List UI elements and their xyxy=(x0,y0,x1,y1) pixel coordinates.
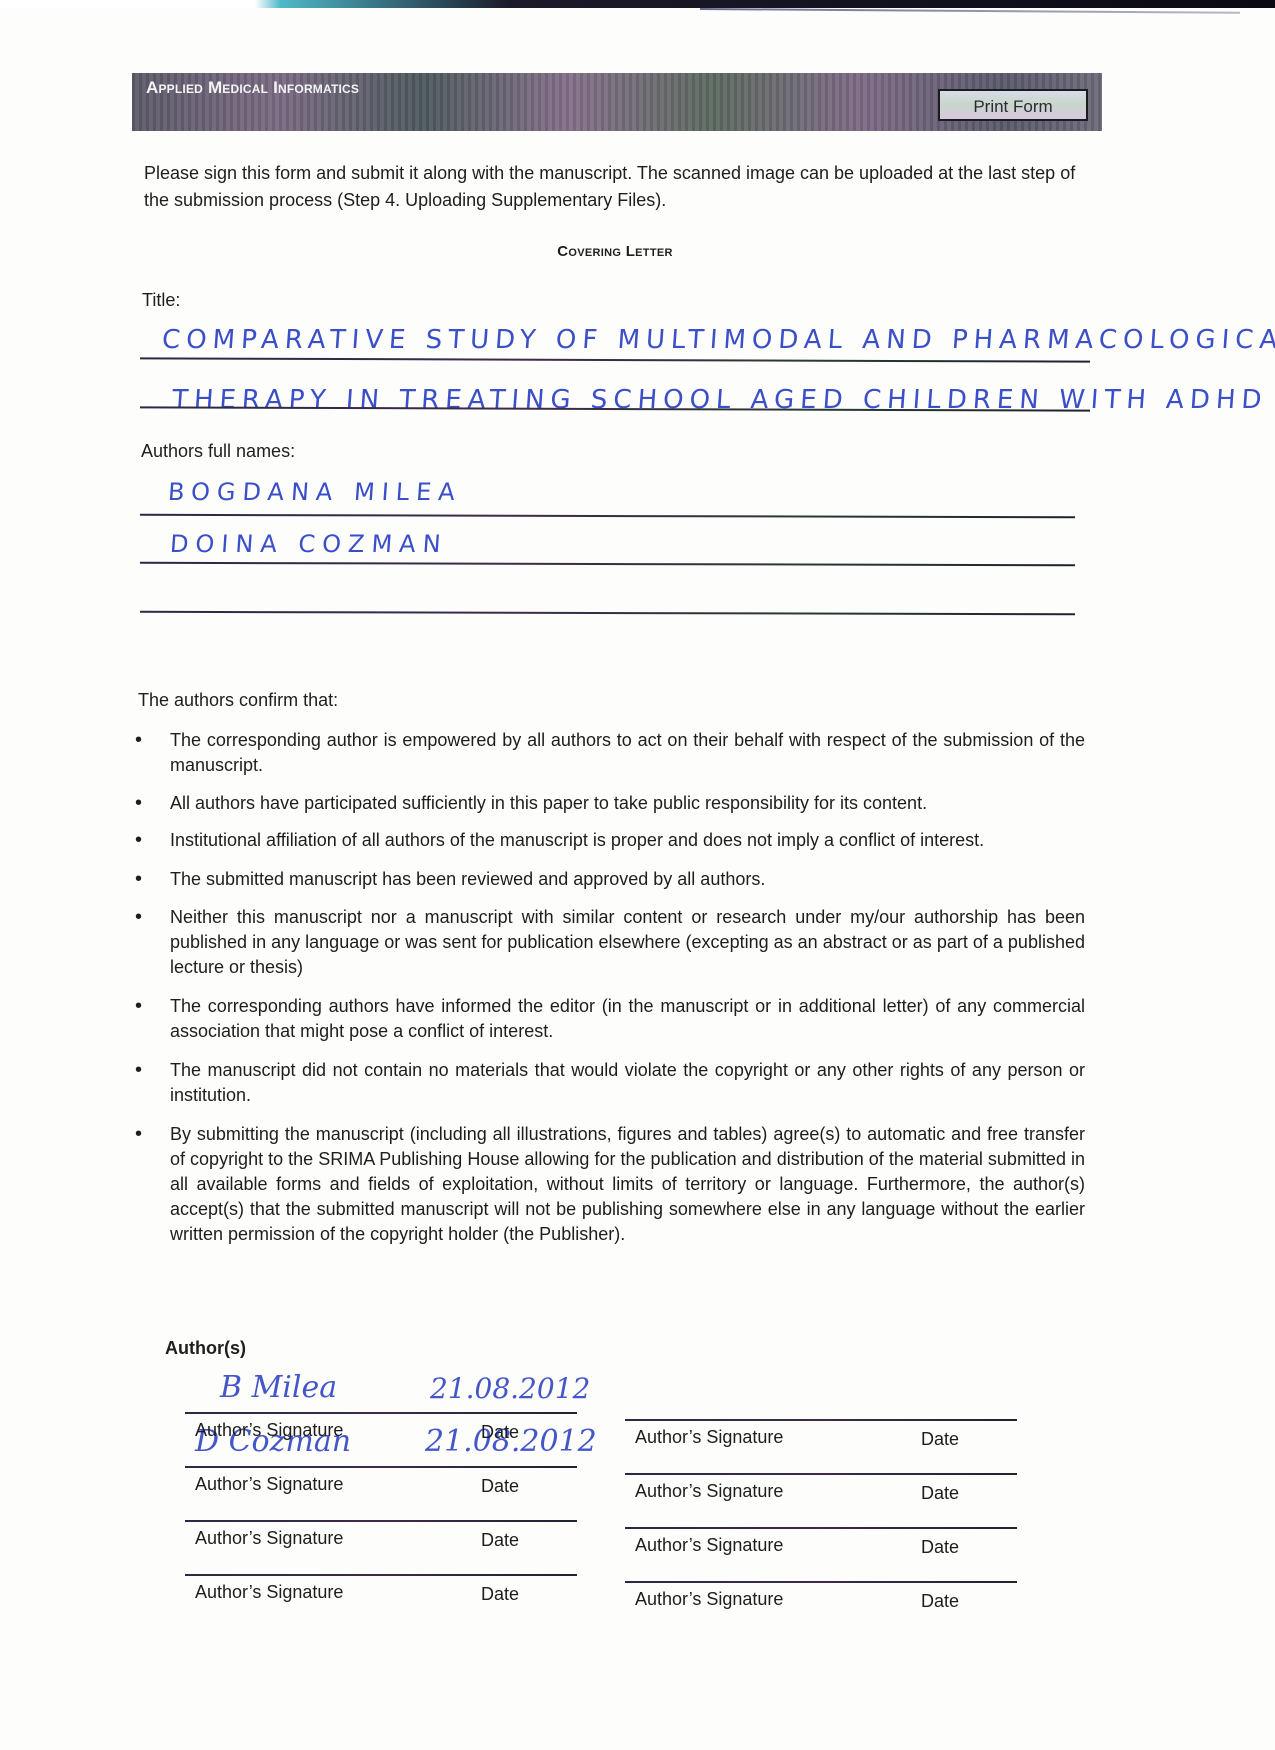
author-name-2[interactable]: DOINA COZMAN xyxy=(169,530,449,558)
authors-signature-header: Author(s) xyxy=(165,1338,246,1359)
instructions-text: Please sign this form and submit it alon… xyxy=(144,160,1084,214)
journal-header: Applied Medical Informatics Print Form xyxy=(132,73,1102,131)
signature-label: Author’s Signature xyxy=(635,1481,783,1502)
signature-row: Author’s Signature Date xyxy=(185,1574,577,1614)
signature-label: Author’s Signature xyxy=(635,1589,783,1610)
confirm-item: By submitting the manuscript (including … xyxy=(130,1122,1085,1247)
scan-edge-line xyxy=(700,8,1240,14)
confirm-list: The corresponding author is empowered by… xyxy=(130,728,1085,1247)
signature-line xyxy=(625,1527,1017,1529)
confirm-item: All authors have participated sufficient… xyxy=(130,791,1085,816)
signature-line xyxy=(625,1419,1017,1421)
author-underline-2 xyxy=(140,562,1075,566)
date-label: Date xyxy=(921,1591,959,1612)
signature-line xyxy=(185,1520,577,1522)
confirm-item: The corresponding authors have informed … xyxy=(130,994,1085,1044)
signature-row: Author’s Signature Date xyxy=(185,1466,577,1506)
signature-row: Author’s Signature Date xyxy=(185,1520,577,1560)
authors-label: Authors full names: xyxy=(141,441,295,462)
signature-row: Author’s Signature Date xyxy=(625,1527,1017,1567)
confirm-item: The manuscript did not contain no materi… xyxy=(130,1058,1085,1108)
author-underline-1 xyxy=(140,514,1075,518)
signature-label: Author’s Signature xyxy=(635,1427,783,1448)
signature-label: Author’s Signature xyxy=(195,1420,343,1441)
signature-line xyxy=(185,1574,577,1576)
author-name-1[interactable]: BOGDANA MILEA xyxy=(167,478,463,506)
signature-line xyxy=(185,1412,577,1414)
author-underline-3 xyxy=(140,611,1075,615)
confirm-item: Neither this manuscript nor a manuscript… xyxy=(130,905,1085,980)
section-title: Covering Letter xyxy=(0,243,1230,260)
signature-date-1[interactable]: 21.08.2012 xyxy=(430,1372,590,1405)
date-label: Date xyxy=(921,1537,959,1558)
signature-label: Author’s Signature xyxy=(195,1582,343,1603)
date-label: Date xyxy=(921,1483,959,1504)
signature-line xyxy=(625,1473,1017,1475)
date-label: Date xyxy=(921,1429,959,1450)
title-line-1-value[interactable]: COMPARATIVE STUDY OF MULTIMODAL AND PHAR… xyxy=(161,325,1275,355)
title-label: Title: xyxy=(142,290,180,311)
date-label: Date xyxy=(481,1422,519,1443)
journal-title: Applied Medical Informatics xyxy=(146,78,359,98)
signature-1[interactable]: B Milea xyxy=(220,1370,337,1405)
title-line-2-value[interactable]: THERAPY IN TREATING SCHOOL AGED CHILDREN… xyxy=(171,385,1269,415)
signature-row: Author’s Signature Date xyxy=(625,1581,1017,1621)
confirm-item: Institutional affiliation of all authors… xyxy=(130,828,1085,853)
title-underline-1 xyxy=(140,357,1090,362)
date-label: Date xyxy=(481,1584,519,1605)
signature-row: Author’s Signature Date xyxy=(625,1419,1017,1459)
signature-row: Author’s Signature Date xyxy=(185,1412,577,1452)
signature-label: Author’s Signature xyxy=(195,1474,343,1495)
signature-line xyxy=(625,1581,1017,1583)
date-label: Date xyxy=(481,1530,519,1551)
date-label: Date xyxy=(481,1476,519,1497)
confirm-label: The authors confirm that: xyxy=(138,690,338,711)
signature-row: Author’s Signature Date xyxy=(625,1473,1017,1513)
signature-label: Author’s Signature xyxy=(635,1535,783,1556)
print-form-button[interactable]: Print Form xyxy=(938,89,1088,121)
confirm-item: The corresponding author is empowered by… xyxy=(130,728,1085,778)
confirm-item: The submitted manuscript has been review… xyxy=(130,867,1085,892)
signature-line xyxy=(185,1466,577,1468)
scan-edge xyxy=(0,0,1275,8)
signature-label: Author’s Signature xyxy=(195,1528,343,1549)
